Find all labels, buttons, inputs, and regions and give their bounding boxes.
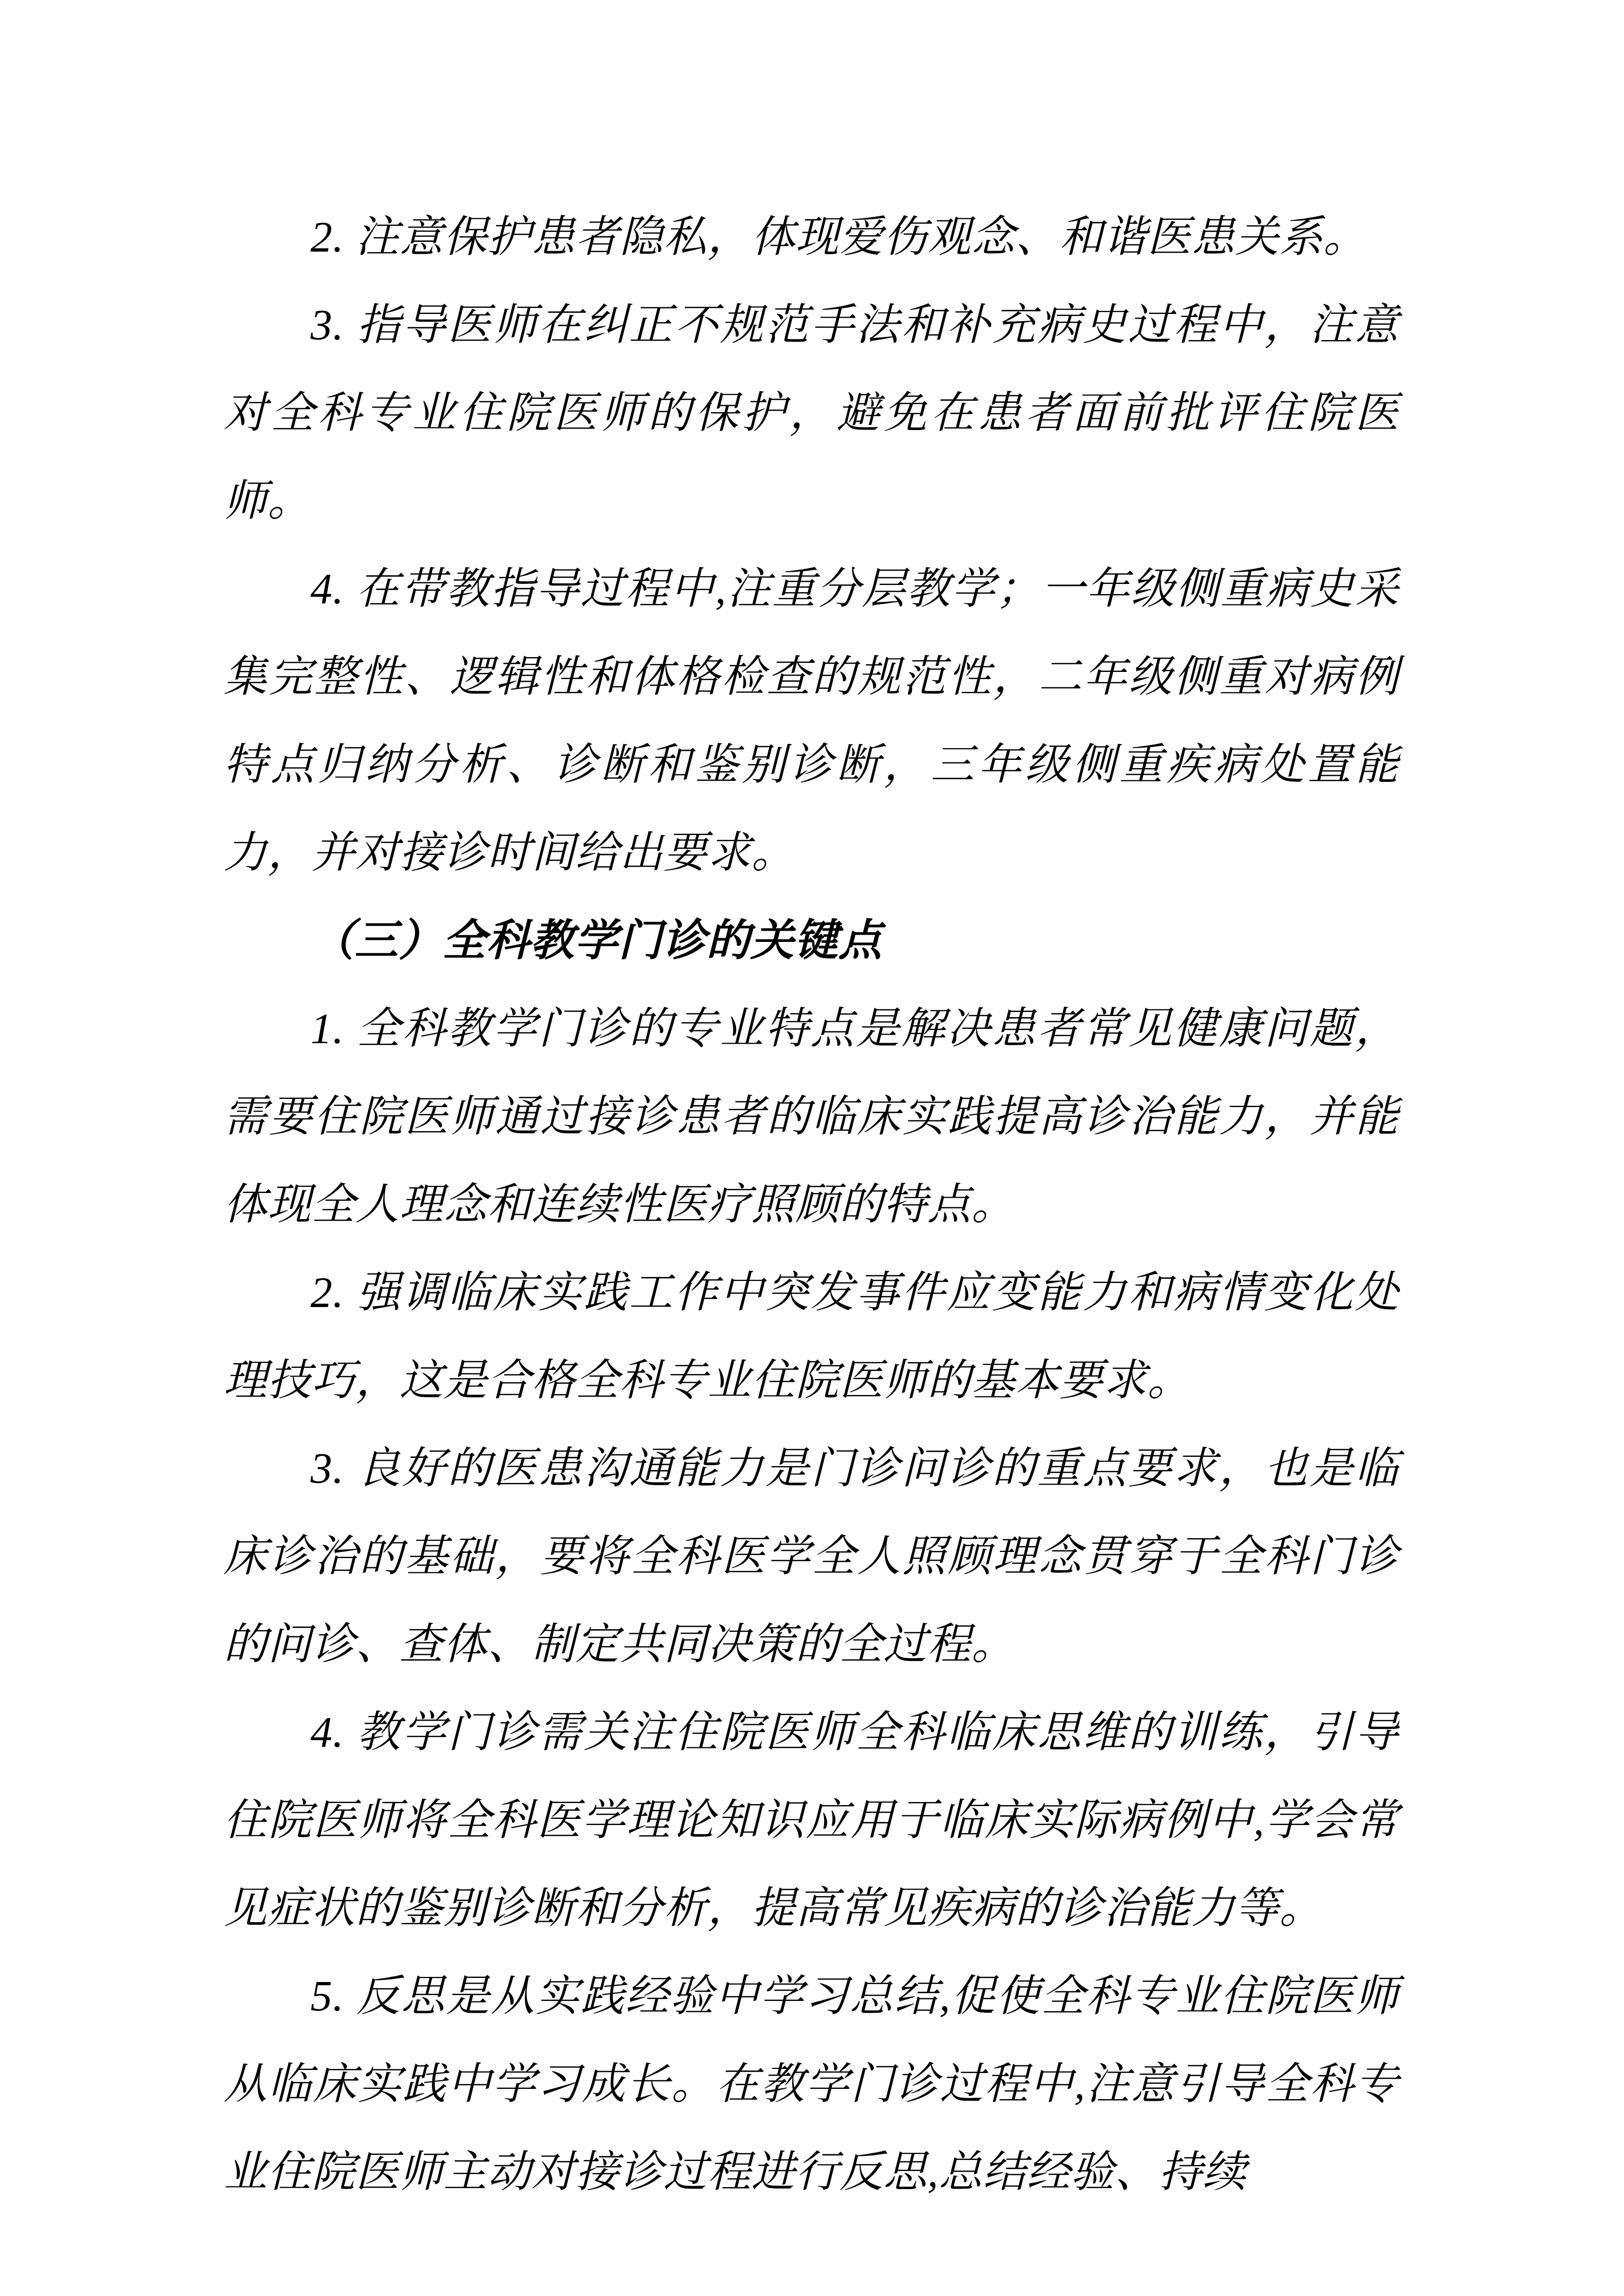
para-note-2: 2. 注意保护患者隐私，体现爱伤观念、和谐医患关系。	[224, 193, 1399, 281]
para-note-4: 4. 在带教指导过程中,注重分层教学；一年级侧重病史采集完整性、逻辑性和体格检查…	[224, 545, 1399, 897]
para-keypoint-1: 1. 全科教学门诊的专业特点是解决患者常见健康问题，需要住院医师通过接诊患者的临…	[224, 985, 1399, 1249]
para-note-3: 3. 指导医师在纠正不规范手法和补充病史过程中，注意对全科专业住院医师的保护，避…	[224, 281, 1399, 545]
heading-section-three: （三）全科教学门诊的关键点	[224, 897, 1399, 985]
para-keypoint-5: 5. 反思是从实践经验中学习总结,促使全科专业住院医师从临床实践中学习成长。在教…	[224, 1952, 1399, 2216]
para-keypoint-3: 3. 良好的医患沟通能力是门诊问诊的重点要求，也是临床诊治的基础，要将全科医学全…	[224, 1425, 1399, 1689]
para-keypoint-2: 2. 强调临床实践工作中突发事件应变能力和病情变化处理技巧，这是合格全科专业住院…	[224, 1249, 1399, 1425]
para-keypoint-4: 4. 教学门诊需关注住院医师全科临床思维的训练，引导住院医师将全科医学理论知识应…	[224, 1689, 1399, 1952]
document-page: 2. 注意保护患者隐私，体现爱伤观念、和谐医患关系。 3. 指导医师在纠正不规范…	[0, 0, 1624, 2296]
